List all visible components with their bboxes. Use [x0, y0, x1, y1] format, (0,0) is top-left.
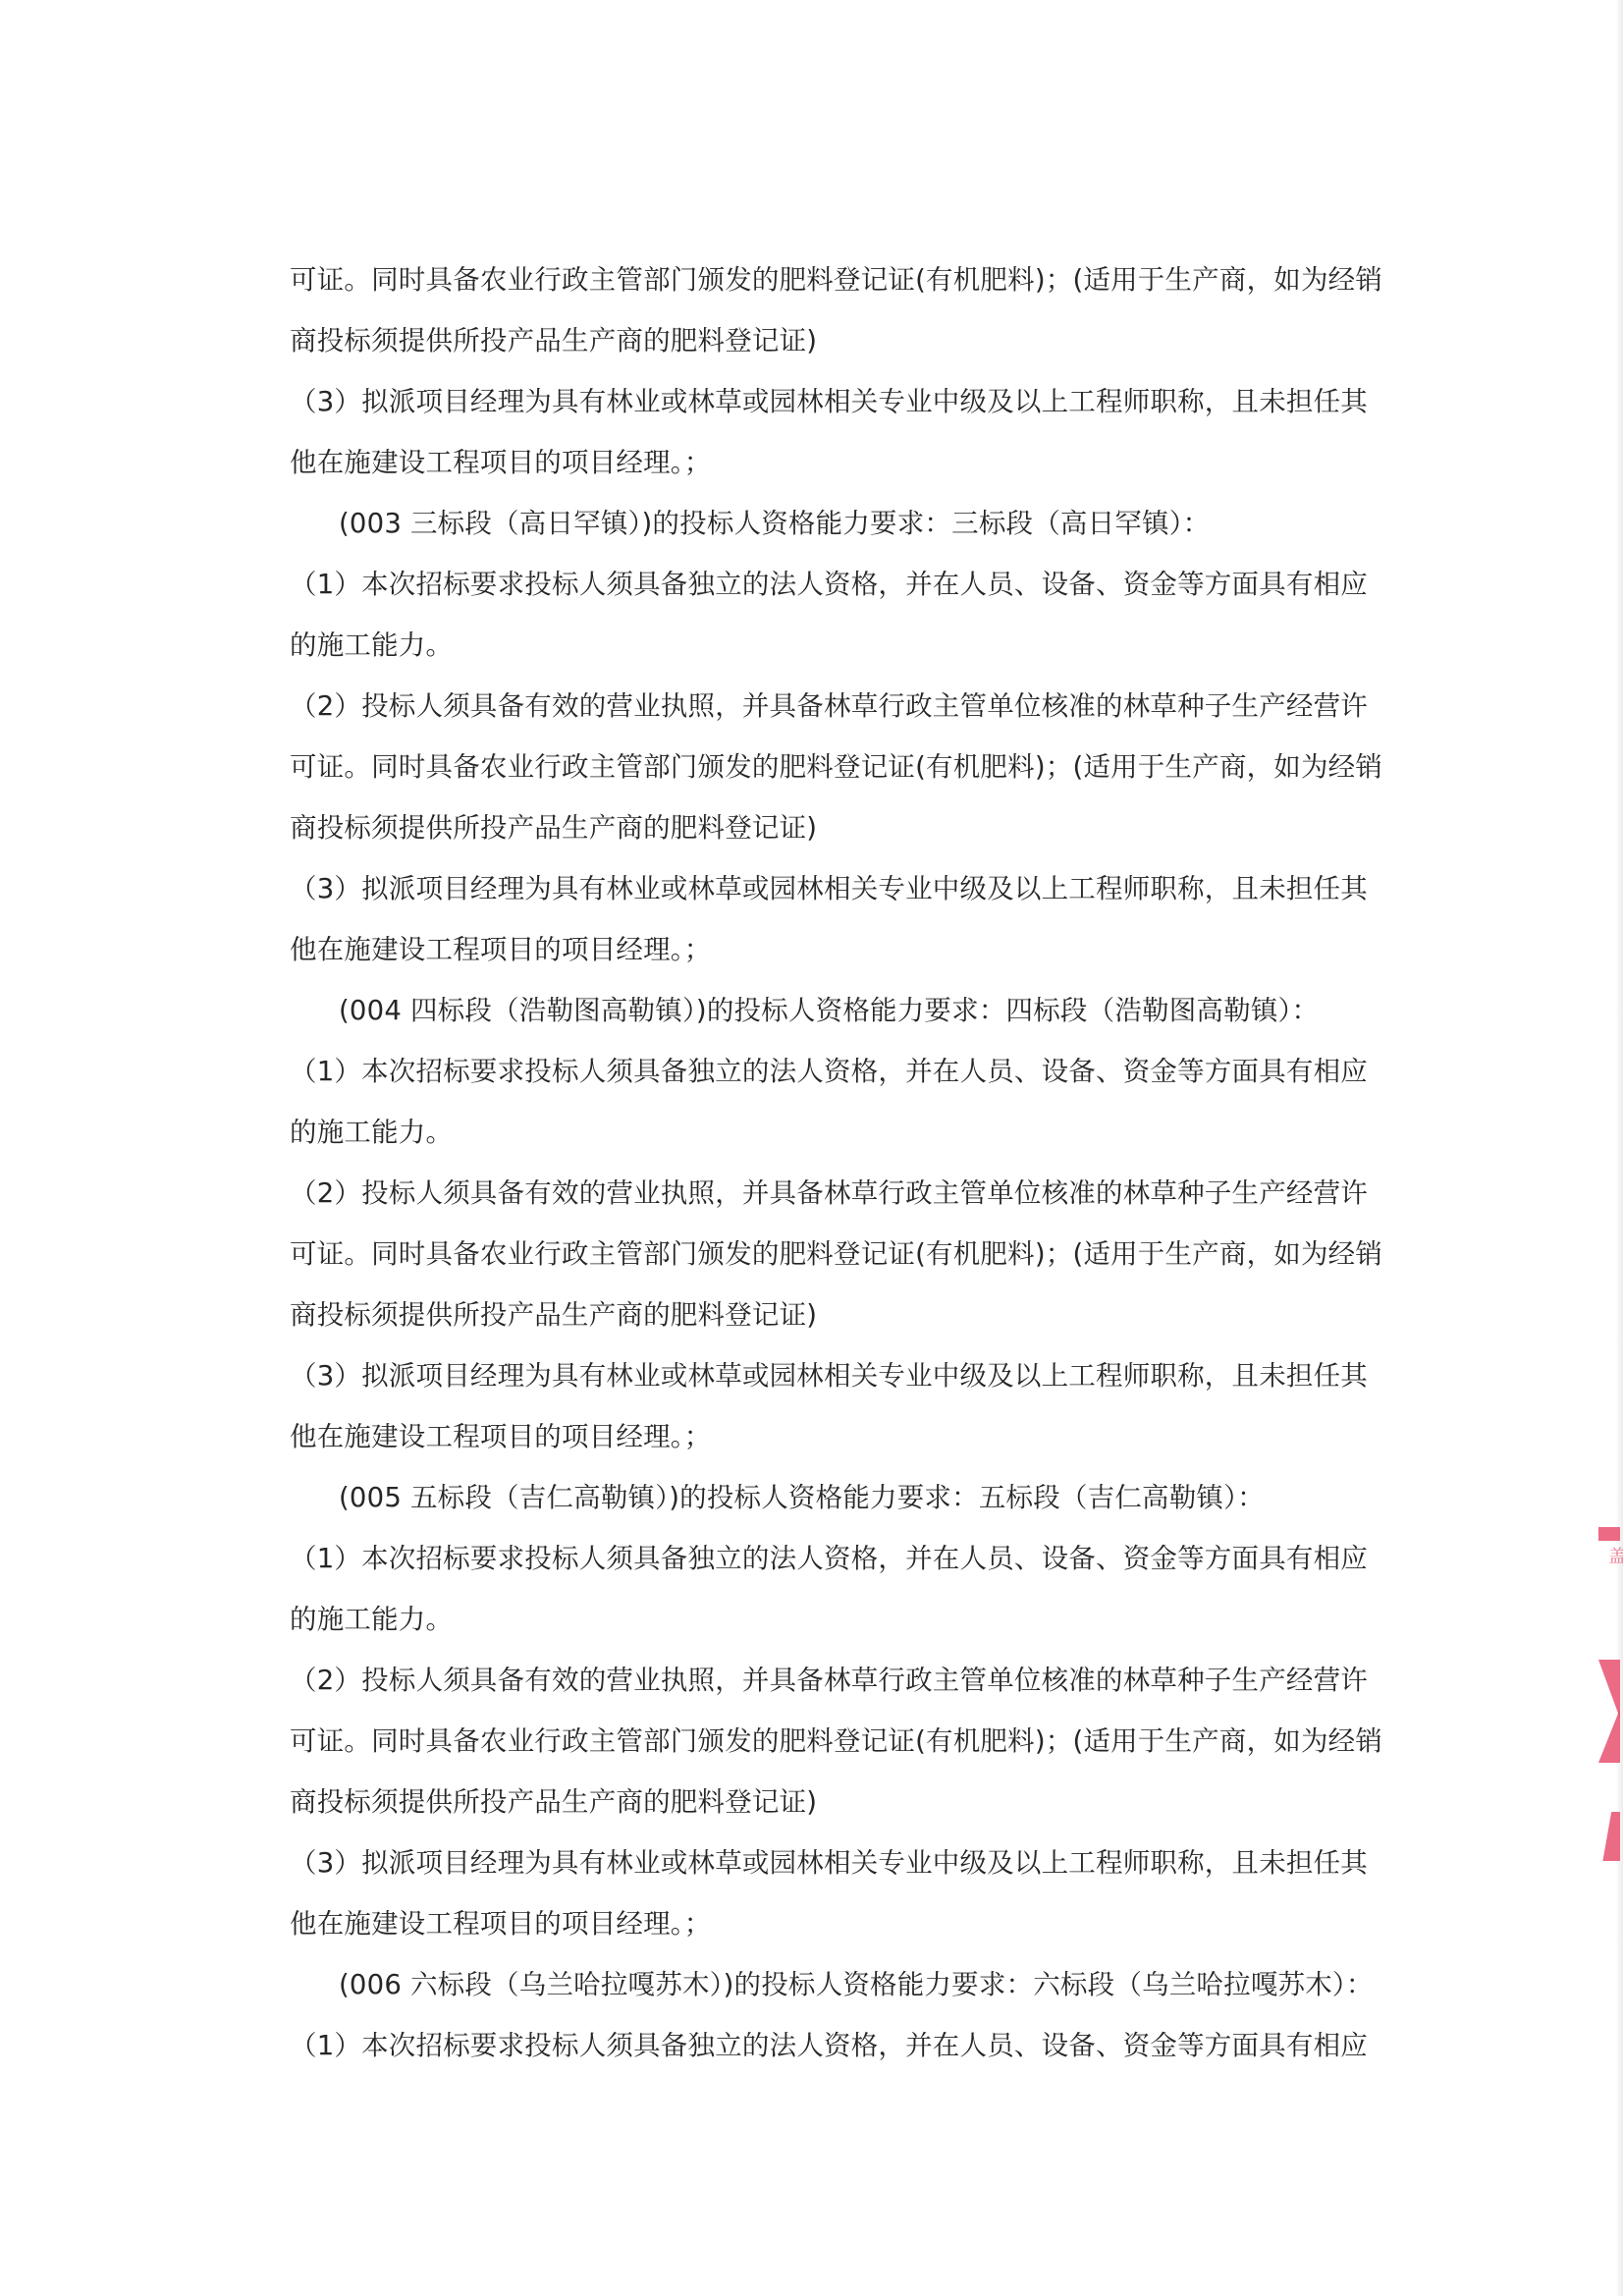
text-line: （1）本次招标要求投标人须具备独立的法人资格，并在人员、设备、资金等方面具有相应 — [290, 1055, 1368, 1088]
text-line: （2）投标人须具备有效的营业执照，并具备林草行政主管单位核准的林草种子生产经营许 — [290, 689, 1368, 723]
text-line: 可证。同时具备农业行政主管部门颁发的肥料登记证(有机肥料)；(适用于生产商，如为… — [290, 263, 1382, 297]
text-line: （1）本次招标要求投标人须具备独立的法人资格，并在人员、设备、资金等方面具有相应 — [290, 1542, 1368, 1575]
text-line: （3）拟派项目经理为具有林业或林草或园林相关专业中级及以上工程师职称，且未担任其 — [290, 385, 1368, 418]
text-line: 商投标须提供所投产品生产商的肥料登记证) — [290, 1785, 817, 1819]
text-line: 的施工能力。 — [290, 1603, 453, 1636]
section-heading-006: (006 六标段（乌兰哈拉嘎苏木）)的投标人资格能力要求：六标段（乌兰哈拉嘎苏木… — [339, 1968, 1374, 2001]
text-line: 他在施建设工程项目的项目经理。； — [290, 933, 711, 966]
text-line: 商投标须提供所投产品生产商的肥料登记证) — [290, 811, 817, 845]
text-line: 商投标须提供所投产品生产商的肥料登记证) — [290, 324, 817, 357]
text-line: （1）本次招标要求投标人须具备独立的法人资格，并在人员、设备、资金等方面具有相应 — [290, 568, 1368, 601]
scanned-document-page: 可证。同时具备农业行政主管部门颁发的肥料登记证(有机肥料)；(适用于生产商，如为… — [0, 0, 1623, 2296]
text-line: 可证。同时具备农业行政主管部门颁发的肥料登记证(有机肥料)；(适用于生产商，如为… — [290, 750, 1382, 784]
section-heading-003: (003 三标段（高日罕镇）)的投标人资格能力要求：三标段（高日罕镇）： — [339, 507, 1210, 540]
text-line: （3）拟派项目经理为具有林业或林草或园林相关专业中级及以上工程师职称，且未担任其 — [290, 1359, 1368, 1393]
text-line: 的施工能力。 — [290, 1116, 453, 1149]
page-edge-shadow — [1615, 0, 1623, 2296]
text-line: 的施工能力。 — [290, 629, 453, 662]
text-line: 可证。同时具备农业行政主管部门颁发的肥料登记证(有机肥料)；(适用于生产商，如为… — [290, 1724, 1382, 1758]
section-heading-004: (004 四标段（浩勒图高勒镇）)的投标人资格能力要求：四标段（浩勒图高勒镇）： — [339, 994, 1319, 1027]
section-heading-005: (005 五标段（吉仁高勒镇）)的投标人资格能力要求：五标段（吉仁高勒镇）： — [339, 1481, 1265, 1514]
text-line: 他在施建设工程项目的项目经理。； — [290, 1420, 711, 1453]
text-line: （2）投标人须具备有效的营业执照，并具备林草行政主管单位核准的林草种子生产经营许 — [290, 1664, 1368, 1697]
text-line: 他在施建设工程项目的项目经理。； — [290, 1907, 711, 1941]
text-line: （3）拟派项目经理为具有林业或林草或园林相关专业中级及以上工程师职称，且未担任其 — [290, 1846, 1368, 1880]
stamp-text: 盖 — [1602, 1547, 1623, 1564]
stamp-mark — [1598, 1527, 1620, 1606]
stamp-mark — [1598, 1812, 1620, 1861]
text-line: （3）拟派项目经理为具有林业或林草或园林相关专业中级及以上工程师职称，且未担任其 — [290, 872, 1368, 905]
text-line: 他在施建设工程项目的项目经理。； — [290, 446, 711, 479]
text-line: 可证。同时具备农业行政主管部门颁发的肥料登记证(有机肥料)；(适用于生产商，如为… — [290, 1237, 1382, 1271]
text-line: （2）投标人须具备有效的营业执照，并具备林草行政主管单位核准的林草种子生产经营许 — [290, 1176, 1368, 1210]
text-line: 商投标须提供所投产品生产商的肥料登记证) — [290, 1298, 817, 1332]
text-line: （1）本次招标要求投标人须具备独立的法人资格，并在人员、设备、资金等方面具有相应 — [290, 2029, 1368, 2062]
